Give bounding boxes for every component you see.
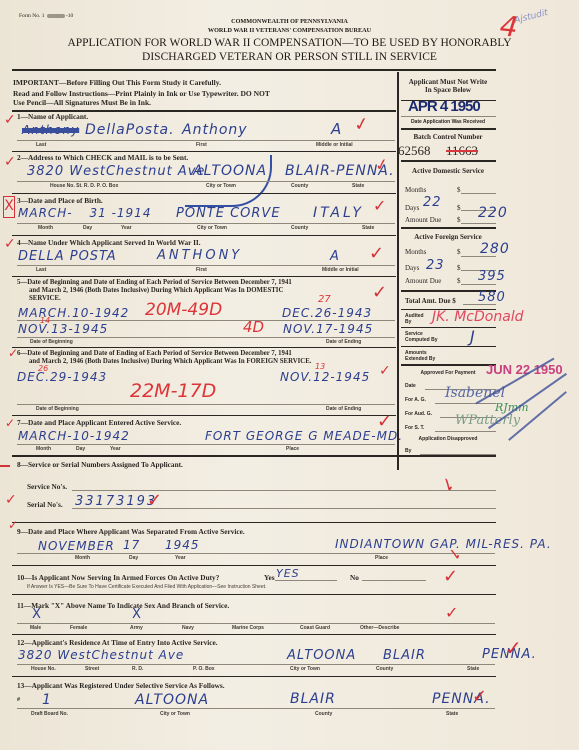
disapproved-by-label: By	[405, 448, 411, 454]
office-heading-1: Applicant Must Not Write	[399, 78, 497, 86]
dollar-sign: $	[457, 216, 461, 224]
q3-sub-month: Month	[38, 225, 53, 231]
q3-city[interactable]: PONTE CORVE	[176, 206, 281, 221]
q2-sub-county: County	[291, 183, 308, 189]
q8-label: 8—Service or Serial Numbers Assigned To …	[17, 460, 183, 469]
q5-row2-end[interactable]: NOV.17-1945	[283, 322, 373, 336]
check-mark-icon: ✓	[352, 113, 371, 136]
q12-sub-county: County	[376, 666, 393, 672]
instructions-important: IMPORTANT—Before Filling Out This Form S…	[13, 78, 221, 87]
q10-no-label: No	[350, 573, 359, 582]
check-mark-icon: ✓	[472, 686, 487, 707]
field-line	[463, 304, 496, 305]
for-ag-label: For A. G.	[405, 397, 426, 403]
divider	[12, 676, 496, 677]
q6-label-line1: 6—Date of Beginning and Date of Ending o…	[17, 350, 292, 357]
q5-label-line2: and March 2, 1946 (Both Dates Inclusive)…	[29, 287, 283, 294]
q12-sub-po: P. O. Box	[193, 666, 215, 672]
divider	[12, 565, 496, 566]
q12-sub-street: Street	[85, 666, 99, 672]
q12-city[interactable]: ALTOONA	[287, 648, 356, 663]
batch-control-number: 62568	[398, 143, 431, 159]
q10-label: 10—Is Applicant Now Serving In Armed For…	[17, 573, 219, 582]
received-date-label: Date Application Was Received	[399, 119, 497, 125]
q9-place[interactable]: INDIANTOWN GAP. MIL-RES. PA.	[335, 537, 552, 551]
q5-row1-duration: 20M-49D	[145, 300, 222, 320]
field-line	[17, 623, 495, 624]
field-line	[461, 256, 496, 257]
header-divider	[12, 69, 496, 71]
q3-label: 3—Date and Place of Birth.	[17, 196, 103, 205]
check-mark-icon: ✓	[443, 566, 458, 587]
foreign-days-label: Days	[405, 264, 419, 272]
divider	[12, 415, 396, 416]
q9-sub-month: Month	[75, 555, 90, 561]
q3-sub-county: County	[291, 225, 308, 231]
q7-sub-year: Year	[110, 446, 121, 452]
q11-option-marine-corps: Marine Corps	[232, 625, 264, 631]
org-name: COMMONWEALTH OF PENNSYLVANIA	[0, 18, 579, 25]
q1-struck-name: Anthony	[22, 123, 79, 137]
column-divider	[397, 72, 399, 470]
q4-sub-first: First	[196, 267, 207, 273]
q5-row2-correction: 14	[40, 316, 50, 325]
check-mark-icon: ✓	[8, 346, 18, 360]
check-mark-icon: ✓	[4, 236, 16, 252]
q7-sub-place: Place	[286, 446, 299, 452]
q8-service-line	[72, 490, 496, 491]
q10-yes-line	[275, 580, 337, 581]
red-margin-tick	[0, 465, 10, 467]
approval-date-label: Date	[405, 383, 416, 389]
q12-sub-state: State	[467, 666, 479, 672]
q2-county[interactable]: BLAIR	[285, 163, 331, 179]
check-mark-icon: ✓	[379, 363, 391, 379]
q13-sub-board: Draft Board No.	[31, 711, 68, 717]
divider	[12, 594, 496, 595]
q13-city[interactable]: ALTOONA	[135, 692, 209, 708]
q12-county[interactable]: BLAIR	[383, 648, 426, 663]
field-line	[17, 265, 395, 266]
application-disapproved-label: Application Disapproved	[399, 436, 497, 442]
foreign-days-value: 23	[426, 258, 445, 273]
q2-house-street[interactable]: 3820 WestChestnut Ave	[27, 164, 205, 179]
divider	[12, 522, 496, 523]
q11-option-coast-guard: Coast Guard	[300, 625, 330, 631]
q6-duration: 22M-17D	[130, 380, 216, 402]
q12-house-street[interactable]: 3820 WestChestnut Ave	[18, 648, 184, 662]
q5-row1-correction: 27	[318, 294, 331, 305]
q10-yes-value[interactable]: YES	[276, 567, 300, 580]
q5-label-line3: SERVICE.	[29, 295, 61, 302]
q8-serial-line	[72, 508, 496, 509]
q5-row2-duration: 4D	[243, 318, 264, 336]
compensation-application-form: Form No. 1 -10 COMMONWEALTH OF PENNSYLVA…	[0, 0, 579, 750]
received-date-stamp: APR 4 1950	[408, 98, 480, 115]
check-mark-icon: ✓	[373, 196, 386, 215]
q5-label-line1: 5—Date of Beginning and Date of Ending o…	[17, 279, 292, 286]
q4-middle-initial[interactable]: A	[330, 249, 340, 264]
domestic-amount-value: 220	[478, 205, 508, 221]
check-mark-icon: ✓	[5, 416, 15, 430]
q3-sub-city: City or Town	[197, 225, 227, 231]
q13-label: 13—Applicant Was Registered Under Select…	[17, 681, 225, 690]
q7-sub-day: Day	[76, 446, 85, 452]
q1-sub-first: First	[196, 142, 207, 148]
dollar-sign: $	[457, 204, 461, 212]
q10-note: If Answer Is YES—Be Sure To Have Certifi…	[27, 584, 266, 590]
field-line	[461, 284, 496, 285]
foreign-amount-label: Amount Due	[405, 277, 441, 285]
q11-label: 11—Mark "X" Above Name To Indicate Sex A…	[17, 601, 229, 610]
field-line	[461, 223, 496, 224]
bureau-name: WORLD WAR II VETERANS' COMPENSATION BURE…	[0, 27, 579, 34]
check-mark-icon: ✓	[372, 282, 387, 303]
check-mark-icon: ✓	[445, 603, 458, 622]
check-mark-icon: ✓	[4, 154, 16, 170]
q10-no-line	[362, 580, 426, 581]
q13-hash: #	[17, 697, 20, 703]
q13-county[interactable]: BLAIR	[290, 691, 336, 707]
x-mark-icon: X	[3, 196, 15, 218]
divider	[12, 455, 496, 457]
check-mark-icon: ✓	[8, 518, 18, 532]
foreign-months-value: 280	[480, 241, 510, 257]
q5-row1-begin[interactable]: MARCH.10-1942	[18, 306, 129, 320]
divider	[401, 364, 496, 366]
q9-sub-year: Year	[175, 555, 186, 561]
form-title-line1: APPLICATION FOR WORLD WAR II COMPENSATIO…	[0, 37, 579, 49]
amounts-extended-label: Amounts Extended By	[405, 350, 445, 362]
q5-sub-begin: Date of Beginning	[30, 339, 73, 345]
q1-label: 1—Name of Applicant.	[17, 112, 88, 121]
field-line	[435, 403, 496, 404]
q7-label: 7—Date and Place Applicant Entered Activ…	[17, 418, 181, 427]
q4-sub-middle: Middle or Initial	[322, 267, 359, 273]
q10-yes-label: Yes	[264, 573, 275, 582]
q8-serial-label: Serial No's.	[27, 500, 63, 509]
divider	[401, 128, 496, 130]
check-mark-icon: ✓	[448, 545, 461, 564]
q11-option-navy: Navy	[182, 625, 194, 631]
q11-option-female: Female	[70, 625, 87, 631]
q12-sub-rd: R. D.	[132, 666, 143, 672]
field-line	[17, 223, 395, 224]
q2-sub-house: House No. St. R. D. P. O. Box	[50, 183, 118, 189]
check-mark-icon: ✓	[4, 112, 16, 128]
q3-sub-day: Day	[83, 225, 92, 231]
q4-last-name[interactable]: DELLA POSTA	[18, 249, 117, 264]
q3-day: 31	[89, 206, 106, 220]
q1-first-name[interactable]: Anthony	[182, 122, 248, 138]
check-mark-icon: ✓	[369, 243, 384, 264]
q3-state[interactable]: ITALY	[313, 205, 364, 221]
field-line	[17, 181, 395, 182]
domestic-days-label: Days	[405, 204, 419, 212]
foreign-months-label: Months	[405, 248, 426, 256]
for-st-signature: WPatterly	[455, 413, 520, 428]
batch-control-label: Batch Control Number	[399, 133, 497, 141]
divider	[12, 193, 396, 194]
q9-sub-day: Day	[129, 555, 138, 561]
approved-for-payment-label: Approved For Payment	[399, 370, 497, 376]
divider	[12, 347, 396, 348]
total-amount-value: 580	[478, 290, 506, 305]
q4-first-name[interactable]: ANTHONY	[157, 248, 242, 263]
q5-row1-end[interactable]: DEC.26-1943	[282, 306, 372, 320]
q13-sub-city: City or Town	[160, 711, 190, 717]
field-line	[17, 444, 395, 445]
q2-label: 2—Address to Which CHECK and MAIL is to …	[17, 153, 188, 162]
dollar-sign: $	[457, 277, 461, 285]
service-computed-signature: J	[470, 327, 476, 346]
field-line	[17, 553, 495, 554]
q6-sub-begin: Date of Beginning	[36, 406, 79, 412]
field-line	[17, 708, 495, 709]
q9-label: 9—Date and Place Where Applicant Was Sep…	[17, 527, 245, 536]
q12-label: 12—Applicant's Residence At Time of Entr…	[17, 638, 218, 647]
check-mark-icon: ✓	[505, 636, 522, 660]
field-line	[17, 140, 395, 141]
q6-begin-correction: 26	[38, 364, 48, 373]
q1-last-name[interactable]: DellaPosta.	[85, 122, 175, 138]
q12-sub-house: House No.	[31, 666, 56, 672]
q7-sub-month: Month	[36, 446, 51, 452]
field-line	[420, 454, 496, 455]
service-computed-label: Service Computed By	[405, 331, 445, 343]
divider	[401, 160, 496, 162]
divider	[401, 227, 496, 229]
check-mark-icon: ✓	[377, 411, 392, 432]
q11-option-army: Army	[130, 625, 143, 631]
check-mark-icon: ✓	[373, 154, 390, 175]
q11-option-male: Male	[30, 625, 41, 631]
q7-date[interactable]: MARCH-10-1942	[18, 429, 130, 443]
q8-serial-value[interactable]: 33173193	[75, 494, 157, 509]
for-audg-label: For Aud. G.	[405, 411, 432, 417]
q3-year: -1914	[112, 206, 152, 220]
divider	[401, 346, 496, 347]
q13-sub-state: State	[446, 711, 458, 717]
dollar-sign: $	[457, 248, 461, 256]
q9-day[interactable]: 17	[123, 538, 140, 552]
divider	[12, 151, 396, 152]
field-line	[17, 404, 395, 405]
q9-year[interactable]: 1945	[165, 538, 200, 552]
q11-option-other-describe: Other—Describe	[360, 625, 399, 631]
q2-sub-city: City or Town	[206, 183, 236, 189]
q1-middle-initial[interactable]: A	[331, 120, 342, 138]
q3-birth-date[interactable]: MARCH- 31 -1914	[18, 206, 151, 220]
dollar-sign: $	[457, 264, 461, 272]
q6-label-line2: and March 2, 1946 (Both Dates Inclusive)…	[29, 358, 311, 365]
for-st-label: For S. T.	[405, 425, 424, 431]
q3-month: MARCH-	[18, 206, 73, 220]
q8-service-label: Service No's.	[27, 482, 67, 491]
check-mark-icon: ✓	[437, 473, 458, 498]
check-mark-icon: ✓	[147, 490, 162, 511]
divider	[12, 276, 396, 277]
q9-sub-place: Place	[375, 555, 388, 561]
q13-board-number[interactable]: 1	[42, 692, 52, 708]
q6-end[interactable]: NOV.12-1945	[280, 370, 370, 384]
field-line	[461, 193, 496, 194]
field-line	[17, 337, 395, 338]
total-amount-label: Total Amt. Due $	[405, 297, 456, 305]
q3-sub-state: State	[362, 225, 374, 231]
domestic-amount-label: Amount Due	[405, 216, 441, 224]
divider	[401, 327, 496, 328]
instructions-read: Read and Follow Instructions—Print Plain…	[13, 89, 270, 98]
q1-sub-middle: Middle or Initial	[316, 142, 353, 148]
divider	[12, 634, 496, 635]
q3-sub-year: Year	[121, 225, 132, 231]
audited-by-label: Audited By	[405, 313, 427, 325]
q6-begin[interactable]: DEC.29-1943	[17, 370, 107, 384]
check-mark-icon: ✓	[5, 492, 17, 508]
domestic-service-heading: Active Domestic Service	[399, 167, 497, 175]
q4-sub-last: Last	[36, 267, 46, 273]
q11-mark-army[interactable]: X	[132, 607, 142, 622]
q13-sub-county: County	[315, 711, 332, 717]
q9-month[interactable]: NOVEMBER	[38, 539, 115, 553]
field-line	[17, 664, 495, 665]
q5-sub-end: Date of Ending	[326, 339, 361, 345]
audited-by-signature: JK. McDonald	[432, 309, 524, 325]
domestic-months-label: Months	[405, 186, 426, 194]
field-line	[435, 431, 496, 432]
divider	[12, 235, 396, 236]
q12-sub-city: City or Town	[290, 666, 320, 672]
q2-sub-state: State	[352, 183, 364, 189]
q6-end-correction: 13	[315, 362, 325, 371]
field-line	[401, 116, 496, 117]
q1-sub-last: Last	[36, 142, 46, 148]
q5-row2-begin[interactable]: NOV.13-1945	[18, 322, 108, 336]
form-title-line2: DISCHARGED VETERAN OR PERSON STILL IN SE…	[0, 51, 579, 63]
foreign-service-heading: Active Foreign Service	[399, 233, 497, 241]
office-heading-2: In Space Below	[399, 86, 497, 94]
instructions-pencil: Use Pencil—All Signatures Must Be in Ink…	[13, 98, 151, 107]
domestic-days-value: 22	[423, 195, 442, 210]
dollar-sign: $	[457, 186, 461, 194]
q7-place[interactable]: FORT GEORGE G MEADE-MD.	[205, 429, 403, 443]
q11-mark-male[interactable]: X	[32, 607, 42, 622]
q4-label: 4—Name Under Which Applicant Served In W…	[17, 238, 201, 247]
field-line	[17, 320, 395, 321]
q6-sub-end: Date of Ending	[326, 406, 361, 412]
foreign-amount-value: 395	[478, 269, 506, 284]
batch-control-struck: 11663	[446, 143, 478, 159]
